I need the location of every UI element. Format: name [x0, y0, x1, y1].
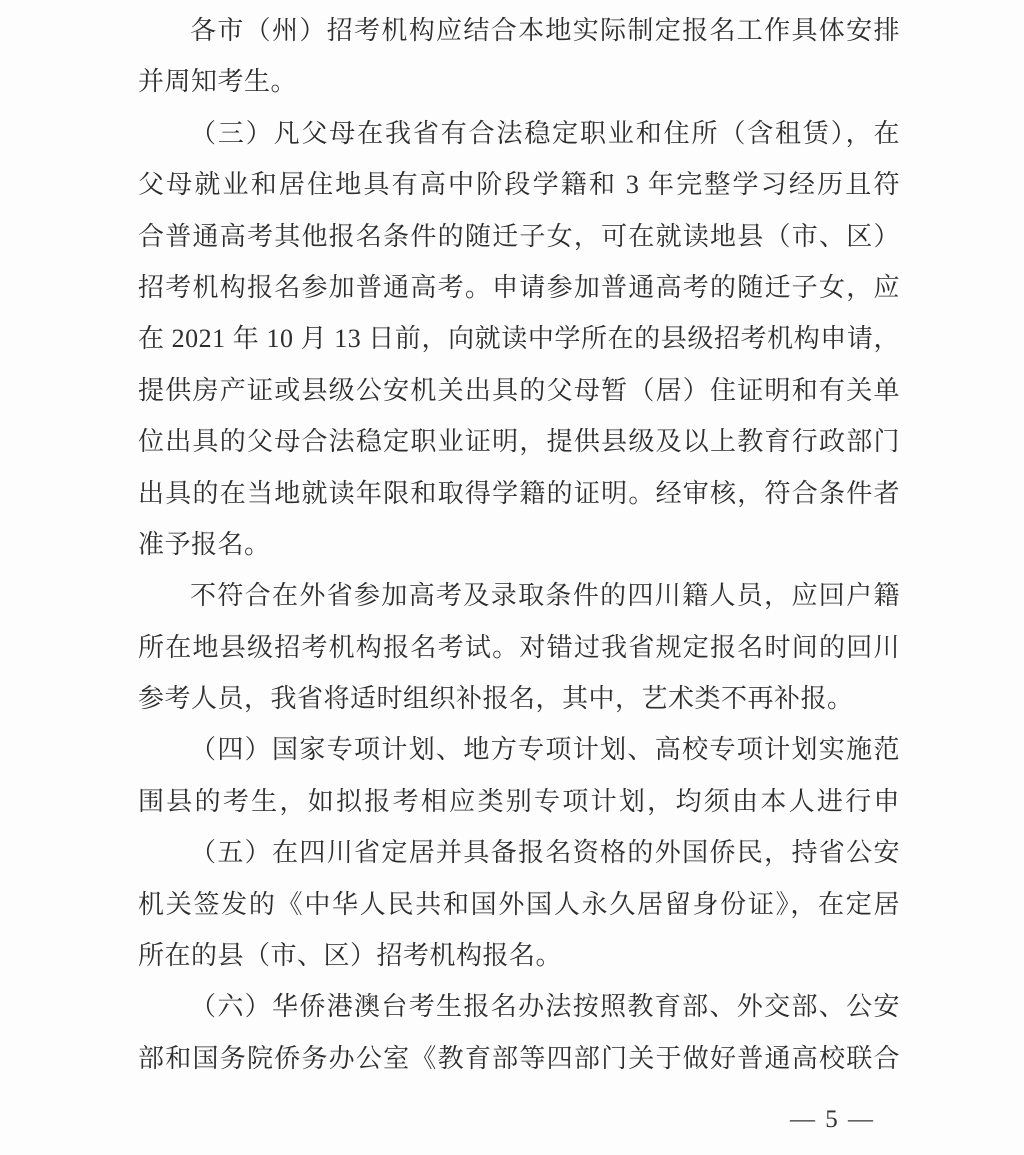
text-line: 围县的考生，如拟报考相应类别专项计划，均须由本人进行申报。	[138, 776, 900, 827]
text-line: 所在地县级招考机构报名考试。对错过我省规定报名时间的回川	[138, 622, 900, 673]
text-line: 出具的在当地就读年限和取得学籍的证明。经审核，符合条件者	[138, 468, 900, 519]
text-line: 合普通高考其他报名条件的随迁子女，可在就读地县（市、区）	[138, 211, 900, 262]
text-line: 准予报名。	[138, 519, 900, 570]
text-line: 所在的县（市、区）招考机构报名。	[138, 930, 900, 981]
text-line: 部和国务院侨务办公室《教育部等四部门关于做好普通高校联合	[138, 1033, 900, 1084]
text-line: 在 2021 年 10 月 13 日前，向就读中学所在的县级招考机构申请，	[138, 313, 900, 364]
text-line: （四）国家专项计划、地方专项计划、高校专项计划实施范	[138, 724, 900, 775]
text-line: 招考机构报名参加普通高考。申请参加普通高考的随迁子女，应	[138, 262, 900, 313]
document-body: 各市（州）招考机构应结合本地实际制定报名工作具体安排 并周知考生。 （三）凡父母…	[138, 5, 900, 1084]
text-line: 参考人员，我省将适时组织补报名，其中，艺术类不再补报。	[138, 673, 900, 724]
text-line: （六）华侨港澳台考生报名办法按照教育部、外交部、公安	[138, 981, 900, 1032]
text-line: 机关签发的《中华人民共和国外国人永久居留身份证》，在定居	[138, 879, 900, 930]
text-line: （五）在四川省定居并具备报名资格的外国侨民，持省公安	[138, 827, 900, 878]
text-line: （三）凡父母在我省有合法稳定职业和住所（含租赁），在	[138, 108, 900, 159]
text-line: 不符合在外省参加高考及录取条件的四川籍人员，应回户籍	[138, 570, 900, 621]
text-line: 各市（州）招考机构应结合本地实际制定报名工作具体安排	[138, 5, 900, 56]
text-line: 父母就业和居住地具有高中阶段学籍和 3 年完整学习经历且符	[138, 159, 900, 210]
document-page: 各市（州）招考机构应结合本地实际制定报名工作具体安排 并周知考生。 （三）凡父母…	[0, 0, 1024, 1155]
page-number: — 5 —	[790, 1100, 875, 1140]
text-line: 提供房产证或县级公安机关出具的父母暂（居）住证明和有关单	[138, 365, 900, 416]
text-line: 并周知考生。	[138, 56, 900, 107]
text-line: 位出具的父母合法稳定职业证明，提供县级及以上教育行政部门	[138, 416, 900, 467]
